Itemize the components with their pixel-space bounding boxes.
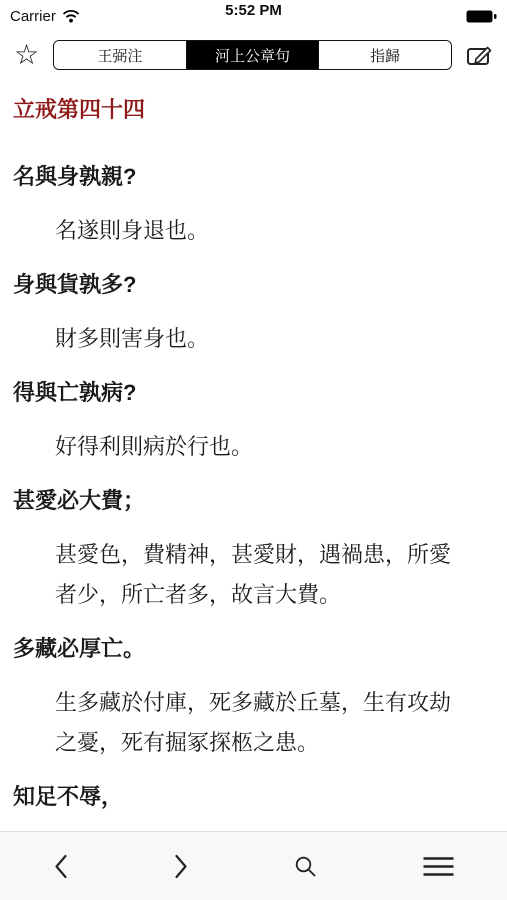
wifi-icon [62, 9, 80, 23]
compose-icon [466, 55, 493, 70]
chevron-right-icon [173, 868, 190, 883]
bookmark-star-button[interactable]: ☆ [14, 41, 39, 69]
commentary-segmented-control: 王弼注 河上公章句 指歸 [53, 40, 452, 70]
tab-wangbi[interactable]: 王弼注 [54, 41, 186, 69]
top-toolbar: ☆ 王弼注 河上公章句 指歸 [0, 30, 507, 76]
scripture-heading: 身與貨孰多? [13, 265, 487, 305]
text-blocks: 名與身孰親?名遂則身退也。身與貨孰多?財多則害身也。得與亡孰病?好得利則病於行也… [13, 157, 487, 817]
scripture-heading: 甚愛必大費； [13, 481, 487, 521]
scripture-heading: 名與身孰親? [13, 157, 487, 197]
status-bar: Carrier 5:52 PM [0, 0, 507, 30]
search-icon [293, 867, 318, 882]
app-screen: Carrier 5:52 PM ☆ 王弼注 [0, 0, 507, 900]
chevron-left-icon [52, 868, 69, 883]
commentary-paragraph: 財多則害身也。 [13, 319, 460, 359]
search-button[interactable] [283, 850, 328, 883]
commentary-paragraph: 甚愛色，費精神，甚愛財，遇禍患，所愛者少，所亡者多，故言大費。 [13, 535, 460, 615]
commentary-paragraph: 生多藏於付庫，死多藏於丘墓，生有攻劫之憂，死有掘冢探柩之患。 [13, 683, 460, 763]
tab-zhigui[interactable]: 指歸 [318, 41, 451, 69]
compose-button[interactable] [466, 43, 493, 67]
carrier-section: Carrier [10, 8, 80, 25]
tab-wangbi-label: 王弼注 [97, 45, 142, 66]
forward-button[interactable] [163, 849, 200, 884]
scripture-heading: 得與亡孰病? [13, 373, 487, 413]
hamburger-menu-icon [422, 866, 455, 881]
carrier-label: Carrier [10, 8, 56, 25]
scripture-content: 立戒第四十四 名與身孰親?名遂則身退也。身與貨孰多?財多則害身也。得與亡孰病?好… [0, 76, 507, 817]
tab-zhigui-label: 指歸 [370, 45, 400, 66]
star-icon: ☆ [14, 39, 39, 70]
battery-icon [466, 10, 497, 23]
scripture-heading: 知足不辱， [13, 777, 487, 817]
menu-button[interactable] [412, 851, 465, 882]
commentary-paragraph: 好得利則病於行也。 [13, 427, 460, 467]
tab-heshanggong-label: 河上公章句 [215, 45, 290, 66]
chapter-title: 立戒第四十四 [13, 90, 487, 130]
scripture-heading: 多藏必厚亡。 [13, 629, 487, 669]
commentary-paragraph: 名遂則身退也。 [13, 211, 460, 251]
bottom-toolbar [0, 831, 507, 900]
tab-heshanggong[interactable]: 河上公章句 [186, 41, 319, 69]
back-button[interactable] [42, 849, 79, 884]
